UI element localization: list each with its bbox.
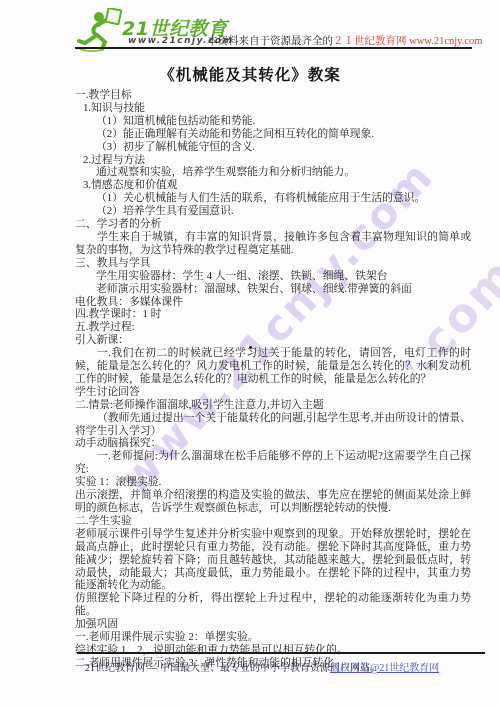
doc-paragraph: （3）初步了解机械能守恒的含义. <box>96 141 471 154</box>
doc-paragraph: （2）能正确理解有关动能和势能之间相互转化的简单现象. <box>96 128 471 141</box>
footer-divider <box>77 652 485 654</box>
doc-paragraph: 仿照摆轮下降过程的分析，得出摆轮上升过程中，摆轮的动能逐渐转化为重力势能。 <box>75 592 471 618</box>
doc-paragraph: （教师先通过提出一个关于能量转化的问题,引起学生思考,并由所设计的情景、将学生引… <box>75 412 471 438</box>
doc-paragraph: （2）培养学生具有爱国意识. <box>96 205 471 218</box>
doc-paragraph: 学生用实验器材：学生 4 人一组、滚摆、铁锁、细绳、铁架台 <box>96 270 471 283</box>
doc-paragraph: 一.教学目标 <box>75 89 471 102</box>
doc-paragraph: 老师展示课件引导学生复述并分析实验中观察到的现象。开始释放摆轮时，摆轮在最高点静… <box>75 528 471 593</box>
doc-paragraph: 一.老师提问:为什么溜溜球在松手后能够不停的上下运动呢?这需要学生自己探究: <box>75 450 471 476</box>
doc-paragraph: 加强巩固 <box>75 618 471 631</box>
doc-paragraph: 通过观察和实验，培养学生观察能力和分析归纳能力。 <box>96 166 471 179</box>
doc-paragraph: 学生来自于城镇，有丰富的知识背景，接触许多包含着丰富物理知识的简单或复杂的事物，… <box>75 231 471 257</box>
page-title: 《机械能及其转化》教案 <box>0 63 500 85</box>
doc-paragraph: 三、教具与学具 <box>75 257 471 270</box>
ink-dot <box>249 346 252 349</box>
doc-paragraph: 一.老师用课件展示实验 2：单摆实验。 <box>75 631 471 644</box>
doc-paragraph: 一.我们在初二的时候就已经学习过关于能量的转化，请回答，电灯工作的时候，能量是怎… <box>75 347 471 386</box>
doc-paragraph: （1）关心机械能与人们生活的联系，有将机械能应用于生活的意识。 <box>96 192 471 205</box>
document-body: 一.教学目标1.知识与技能（1）知道机械能包括动能和势能.（2）能正确理解有关动… <box>75 89 471 670</box>
tagline-highlight: ２１世纪教育网 www.21cnjy.com <box>333 36 482 47</box>
header-divider <box>75 47 472 49</box>
doc-paragraph: 二.学生实验 <box>75 515 471 528</box>
running-person-icon <box>76 8 124 52</box>
doc-paragraph: （1）知道机械能包括动能和势能. <box>96 115 471 128</box>
doc-paragraph: 二.情景:老师操作溜溜球,吸引学生注意力,并切入主题 <box>75 399 471 412</box>
tagline-prefix: 本资料来自于资源最齐全的 <box>207 36 333 47</box>
doc-paragraph: 综述实验 1、2，说明动能和重力势能是可以相互转化的。 <box>75 644 471 657</box>
doc-paragraph: 引入新课： <box>75 334 471 347</box>
doc-paragraph: 电化教具：多媒体课件 <box>75 296 471 309</box>
doc-paragraph: 老师演示用实验器材：溜溜球、铁架台、钢球、细线.带弹簧的斜面 <box>96 283 471 296</box>
header-tagline: 本资料来自于资源最齐全的２１世纪教育网 www.21cnjy.com <box>207 33 482 48</box>
doc-paragraph: 2.过程与方法 <box>83 154 471 167</box>
doc-paragraph: 二、学习者的分析 <box>75 218 471 231</box>
doc-paragraph: 四.教学课时：1 时 <box>75 308 471 321</box>
doc-paragraph: 动手动脑搞探究： <box>75 437 471 450</box>
doc-paragraph: 五.教学过程: <box>75 321 471 334</box>
copyright-link[interactable]: 版权所有@21世纪教育网 <box>330 659 439 674</box>
doc-paragraph: 学生讨论回答 <box>75 386 471 399</box>
doc-paragraph: 实验 1：滚摆实验. <box>75 476 471 489</box>
doc-paragraph: 出示滚摆，并简单介绍滚摆的构造及实验的做法、事先应在摆轮的侧面某处涂上鲜明的颜色… <box>75 489 471 515</box>
doc-paragraph: 1.知识与技能 <box>83 102 471 115</box>
doc-paragraph: 3.情感态度和价值观 <box>83 179 471 192</box>
document-page: 21世纪教育 www.21cnjy.com 本资料来自于资源最齐全的２１世纪教育… <box>0 0 500 707</box>
